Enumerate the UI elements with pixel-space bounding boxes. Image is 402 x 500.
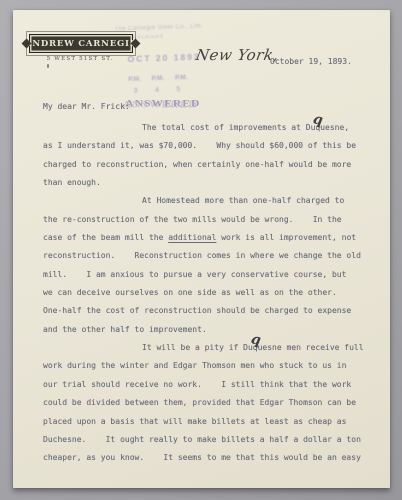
letter-line: It will be a pity if Duquqesne men recei…	[43, 339, 383, 357]
received-stamp-company: The Carnegie Steel Co., Lim.	[114, 23, 203, 32]
typed-text: the re-construction of the two mills wou…	[43, 215, 342, 224]
typed-text: esne,	[325, 123, 349, 132]
answered-stamp: ANSWERED	[125, 99, 200, 109]
letter-line: At Homestead more than one-half charged …	[43, 192, 383, 210]
typed-text: Duchesne. It ought really to make billet…	[43, 435, 361, 444]
letter-line: The total cost of improvements at Duquqe…	[43, 119, 383, 137]
typed-text: and the other half to improvement.	[43, 325, 207, 334]
typed-text: as I understand it, was $70,000. Why sho…	[43, 141, 356, 150]
letter-line: Duchesne. It ought really to make billet…	[43, 431, 383, 449]
typed-text: The total cost of improvements at Du	[142, 123, 315, 132]
handwritten-correction: q	[312, 112, 324, 127]
typed-text: placed upon a basis that will make bille…	[43, 417, 346, 426]
typed-text: case of the beam mill the	[43, 233, 168, 242]
typed-text: It will be a pity if Du	[142, 343, 253, 352]
letter-line: charged to reconstruction, when certainl…	[43, 156, 383, 174]
letter-line: we can deceive ourselves on one side as …	[43, 284, 383, 302]
letter-line: One-half the cost of reconstruction shou…	[43, 302, 383, 320]
typed-text: One-half the cost of reconstruction shou…	[43, 306, 351, 315]
received-stamp-numbers: 3 4 5	[134, 86, 181, 95]
letter-line: than enough.	[43, 174, 383, 192]
received-stamp-received: Received	[133, 34, 164, 41]
typed-text: charged to reconstruction, when certainl…	[43, 160, 351, 169]
typed-text: work is all improvement, not	[216, 233, 356, 242]
underlined-word: additional	[168, 233, 216, 242]
typed-text: quq	[315, 119, 325, 137]
letter-body: The total cost of improvements at Duquqe…	[43, 119, 383, 468]
typed-text: could be divided between them, provided …	[43, 398, 356, 407]
letter-line: and the other half to improvement.	[43, 321, 383, 339]
letter-line: could be divided between them, provided …	[43, 394, 383, 412]
typed-text: we can deceive ourselves on one side as …	[43, 288, 337, 297]
typed-text: At Homestead more than one-half charged …	[142, 196, 344, 205]
dateline-date: October 19, 1893.	[270, 57, 352, 66]
letter-line: the re-construction of the two mills wou…	[43, 211, 383, 229]
ink-speck	[47, 64, 49, 68]
letter-line: mill. I am anxious to pursue a very cons…	[43, 266, 383, 284]
received-stamp-date: OCT 20 1893	[127, 52, 200, 65]
salutation: My dear Mr. Frick:	[43, 98, 130, 116]
handwritten-correction: q	[250, 332, 262, 347]
letter-line: cheaper, as you know. It seems to me tha…	[43, 449, 383, 467]
letter-line: placed upon a basis that will make bille…	[43, 413, 383, 431]
letter-line: as I understand it, was $70,000. Why sho…	[43, 137, 383, 155]
typed-text: our trial should receive no work. I stil…	[43, 380, 351, 389]
typed-text: quq	[253, 339, 263, 357]
typed-text: reconstruction. Reconstruction comes in …	[43, 251, 361, 260]
dateline-place: New York,	[194, 46, 280, 64]
letter-line: work during the winter and Edgar Thomson…	[43, 357, 383, 375]
letter-line: reconstruction. Reconstruction comes in …	[43, 247, 383, 265]
letter-line: our trial should receive no work. I stil…	[43, 376, 383, 394]
photo-background: ANDREW CARNEGIE 5 WEST 51ST ST. The Carn…	[0, 0, 402, 500]
received-stamp-pm-row: P.M. P.M. P.M.	[128, 74, 187, 83]
letter-line: case of the beam mill the additional wor…	[43, 229, 383, 247]
paper: ANDREW CARNEGIE 5 WEST 51ST ST. The Carn…	[13, 10, 390, 488]
typed-text: esne men receive full	[262, 343, 363, 352]
typed-text: mill. I am anxious to pursue a very cons…	[43, 270, 346, 279]
typed-text: than enough.	[43, 178, 101, 187]
typed-text: cheaper, as you know. It seems to me tha…	[43, 453, 361, 462]
typed-text: work during the winter and Edgar Thomson…	[43, 361, 346, 370]
